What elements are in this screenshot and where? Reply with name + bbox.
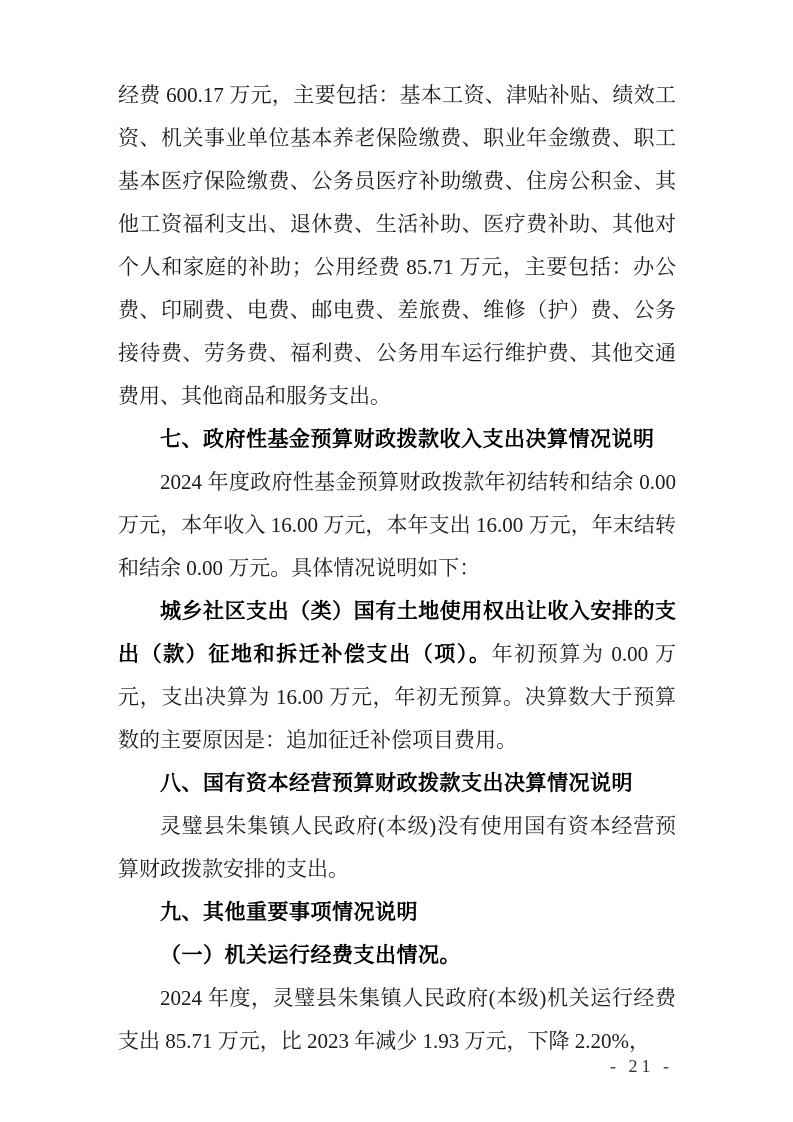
document-content: 经费 600.17 万元，主要包括：基本工资、津贴补贴、绩效工资、机关事业单位基… <box>118 74 676 1063</box>
paragraph-fund-summary: 2024 年度政府性基金预算财政拨款年初结转和结余 0.00 万元，本年收入 1… <box>118 461 676 590</box>
heading-section-8: 八、国有资本经营预算财政拨款支出决算情况说明 <box>118 762 676 805</box>
page-number: - 21 - <box>610 1052 673 1080</box>
paragraph-expense-detail: 经费 600.17 万元，主要包括：基本工资、津贴补贴、绩效工资、机关事业单位基… <box>118 74 676 418</box>
heading-section-9-1: （一）机关运行经费支出情况。 <box>118 934 676 977</box>
heading-section-7: 七、政府性基金预算财政拨款收入支出决算情况说明 <box>118 418 676 461</box>
paragraph-capital-budget: 灵璧县朱集镇人民政府(本级)没有使用国有资本经营预算财政拨款安排的支出。 <box>118 805 676 891</box>
heading-section-9: 九、其他重要事项情况说明 <box>118 891 676 934</box>
document-page: 经费 600.17 万元，主要包括：基本工资、津贴补贴、绩效工资、机关事业单位基… <box>0 0 793 1122</box>
paragraph-operating-expense: 2024 年度，灵璧县朱集镇人民政府(本级)机关运行经费支出 85.71 万元，… <box>118 977 676 1063</box>
paragraph-fund-item: 城乡社区支出（类）国有土地使用权出让收入安排的支出（款）征地和拆迁补偿支出（项）… <box>118 590 676 762</box>
